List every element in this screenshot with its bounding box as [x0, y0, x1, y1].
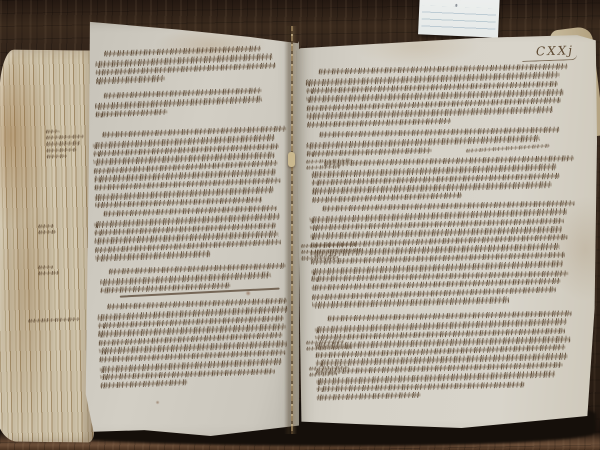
- manuscript-entry: [305, 61, 569, 131]
- manuscript-entry: [95, 84, 276, 119]
- binding-thread: [291, 26, 293, 434]
- margin-note: [45, 126, 86, 160]
- page-edges-left: [0, 49, 98, 442]
- manuscript-entry: [100, 260, 287, 298]
- margin-note: [301, 240, 364, 263]
- margin-note: [38, 222, 64, 237]
- manuscript-entry: [92, 123, 285, 210]
- manuscript-photo: CXXj: [0, 0, 600, 450]
- thread-knot: [288, 152, 295, 167]
- margin-note: [309, 363, 356, 379]
- manuscript-book: CXXj: [0, 0, 600, 450]
- margin-note: [306, 156, 354, 172]
- manuscript-entry: [314, 307, 576, 403]
- margin-note: [38, 263, 66, 278]
- manuscript-entry: [93, 202, 287, 264]
- manuscript-entry: [97, 295, 294, 392]
- margin-note: [306, 337, 354, 353]
- left-page: [78, 16, 299, 436]
- manuscript-entry: [95, 42, 278, 86]
- left-page-text: [70, 12, 308, 441]
- folio-number: CXXj: [522, 43, 578, 62]
- book-gutter-seam: [284, 26, 300, 434]
